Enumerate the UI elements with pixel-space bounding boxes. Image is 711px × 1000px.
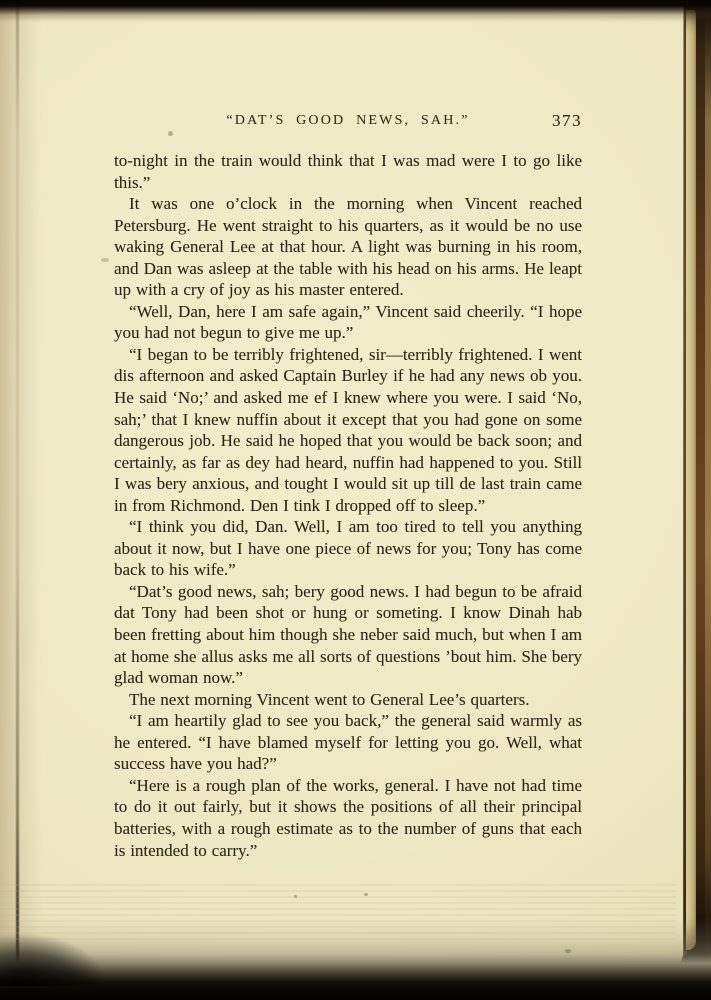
paragraph: “Well, Dan, here I am safe again,” Vince… — [114, 301, 582, 344]
paragraph: It was one o’clock in the morning when V… — [114, 193, 582, 301]
paragraph: “I began to be terribly frightened, sir—… — [114, 344, 582, 516]
page-body: to-night in the train would think that I… — [114, 150, 582, 861]
paragraph: The next morning Vincent went to General… — [114, 689, 582, 711]
running-header: “DAT’S GOOD NEWS, SAH.” 373 — [114, 113, 582, 135]
page-number: 373 — [552, 111, 582, 131]
paragraph: “Here is a rough plan of the works, gene… — [114, 775, 582, 861]
paragraph: “I think you did, Dan. Well, I am too ti… — [114, 516, 582, 581]
gutter-crease — [16, 0, 19, 974]
running-header-title: “DAT’S GOOD NEWS, SAH.” — [114, 113, 582, 129]
fore-edge-pages — [686, 10, 696, 950]
paper-speck — [168, 131, 173, 136]
paragraph: to-night in the train would think that I… — [114, 150, 582, 193]
paragraph: “Dat’s good news, sah; bery good news. I… — [114, 581, 582, 689]
scanned-book-photo: “DAT’S GOOD NEWS, SAH.” 373 to-night in … — [0, 0, 711, 1000]
paragraph: “I am heartily glad to see you back,” th… — [114, 710, 582, 775]
paper-speck — [101, 258, 109, 262]
book-cover-edge — [705, 0, 711, 1000]
top-shadow — [0, 0, 711, 22]
gutter-shadow — [0, 0, 42, 978]
bottom-left-shadow — [0, 916, 190, 986]
